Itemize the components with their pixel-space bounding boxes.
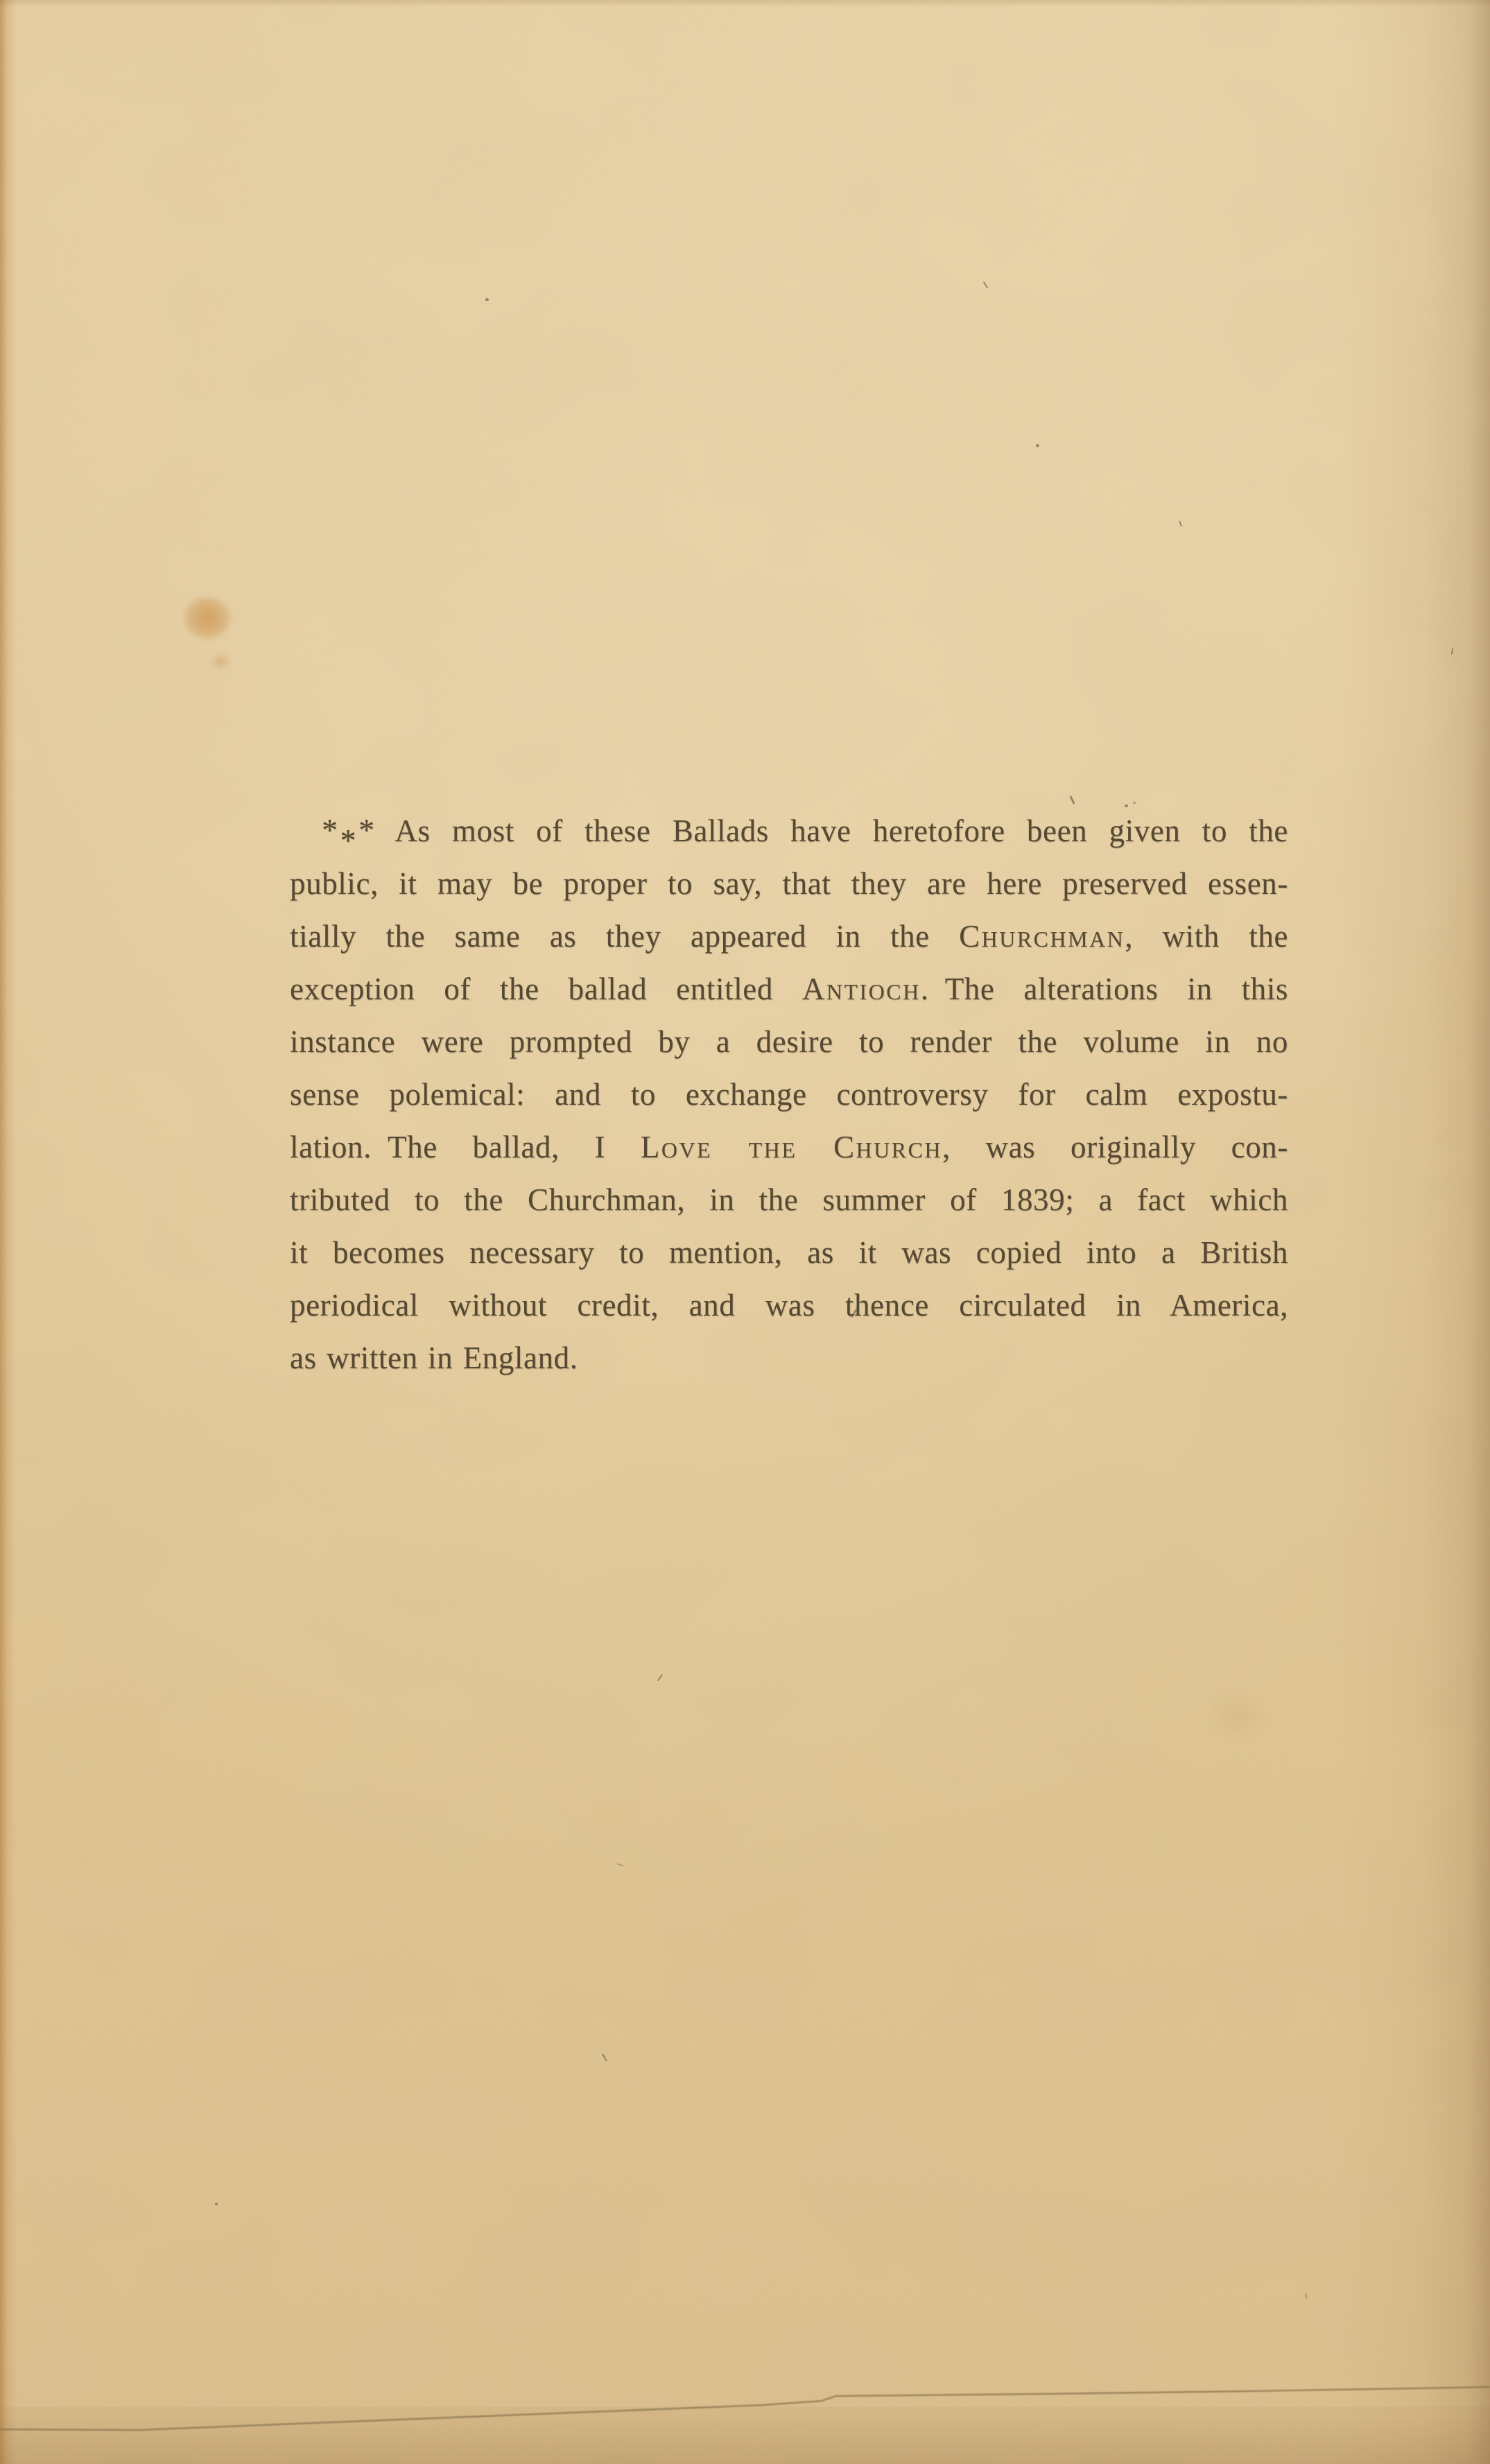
text-segment: As most of these Ballads have heretofore… <box>375 813 1288 848</box>
paper-speck <box>602 2053 607 2061</box>
prefatory-note-paragraph: *** As most of these Ballads have hereto… <box>290 804 1288 1384</box>
text-segment: it becomes necessary to mention, as it w… <box>290 1235 1288 1270</box>
text-line: sense polemical: and to exchange controv… <box>290 1068 1288 1121</box>
right-page-edge-shadow <box>1337 0 1490 2464</box>
paper-speck <box>215 2203 218 2205</box>
paper-blotch <box>1206 1692 1269 1741</box>
paper-speck <box>657 1674 664 1682</box>
small-caps-churchman: Churchman <box>959 919 1125 954</box>
paper-speck <box>1133 802 1136 804</box>
paper-speck <box>617 1863 624 1866</box>
paper-speck <box>1179 520 1182 526</box>
text-line: *** As most of these Ballads have hereto… <box>290 804 1288 857</box>
top-page-edge-shadow <box>0 0 1490 7</box>
text-line: instance were prompted by a desire to re… <box>290 1015 1288 1068</box>
text-segment: public, it may be proper to say, that th… <box>290 866 1288 901</box>
text-line: tributed to the Churchman, in the summer… <box>290 1173 1288 1226</box>
text-line: lation. The ballad, I Love the Church, w… <box>290 1121 1288 1173</box>
paper-speck <box>1305 2293 1307 2299</box>
text-segment: instance were prompted by a desire to re… <box>290 1024 1288 1059</box>
below-crease-shading <box>0 2406 1490 2464</box>
book-page: *** As most of these Ballads have hereto… <box>0 0 1490 2464</box>
paper-speck <box>1069 795 1075 804</box>
paper-stain <box>175 588 240 648</box>
text-segment: exception of the ballad entitled <box>290 972 802 1006</box>
small-caps-love-the-church: Love the Church <box>641 1130 942 1164</box>
paper-stain-secondary <box>205 649 236 674</box>
left-page-edge-shadow <box>0 0 17 2464</box>
text-segment: sense polemical: and to exchange controv… <box>290 1077 1288 1112</box>
text-line: as written in England. <box>290 1332 1288 1384</box>
paper-speck <box>983 282 989 288</box>
text-segment: lation. The ballad, I <box>290 1130 641 1164</box>
text-segment: , was originally con- <box>942 1130 1288 1164</box>
text-line: tially the same as they appeared in the … <box>290 910 1288 963</box>
small-caps-antioch: Antioch <box>802 972 921 1006</box>
text-line: exception of the ballad entitled Antioch… <box>290 963 1288 1015</box>
asterism-star-low: * <box>340 822 357 858</box>
text-segment: as written in England. <box>290 1341 578 1375</box>
paper-speck <box>485 298 489 301</box>
text-segment: periodical without credit, and was thenc… <box>290 1288 1288 1323</box>
text-line: it becomes necessary to mention, as it w… <box>290 1226 1288 1279</box>
text-segment: tributed to the Churchman, in the summer… <box>290 1182 1288 1217</box>
text-line: public, it may be proper to say, that th… <box>290 857 1288 910</box>
text-segment: . The alterations in this <box>921 972 1288 1006</box>
text-segment: , with the <box>1125 919 1288 954</box>
asterism-star: * <box>358 812 375 847</box>
paper-speck <box>1036 444 1039 447</box>
text-line: periodical without credit, and was thenc… <box>290 1279 1288 1332</box>
text-segment: tially the same as they appeared in the <box>290 919 959 954</box>
asterism-star: * <box>322 812 338 847</box>
